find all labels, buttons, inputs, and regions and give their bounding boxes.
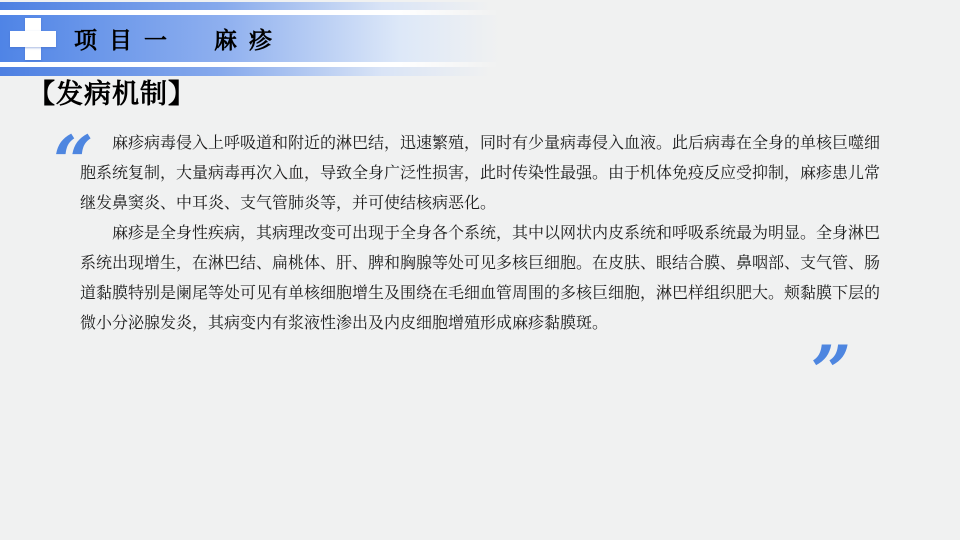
medical-cross-icon	[10, 18, 56, 60]
section-title: 【发病机制】	[28, 72, 196, 111]
header-title: 项目一 麻疹	[74, 22, 284, 55]
header-ribbon: 项目一 麻疹	[0, 15, 500, 62]
header-top-strip	[0, 2, 490, 10]
presentation-slide: 项目一 麻疹 【发病机制】 “ 麻疹病毒侵入上呼吸道和附近的淋巴结，迅速繁殖，同…	[0, 0, 960, 540]
paragraph-pathogenesis-2: 麻疹是全身性疾病，其病理改变可出现于全身各个系统，其中以网状内皮系统和呼吸系统最…	[80, 219, 880, 339]
paragraph-pathogenesis-1: 麻疹病毒侵入上呼吸道和附近的淋巴结，迅速繁殖，同时有少量病毒侵入血液。此后病毒在…	[80, 129, 880, 219]
body-text-block: 麻疹病毒侵入上呼吸道和附近的淋巴结，迅速繁殖，同时有少量病毒侵入血液。此后病毒在…	[80, 129, 880, 339]
